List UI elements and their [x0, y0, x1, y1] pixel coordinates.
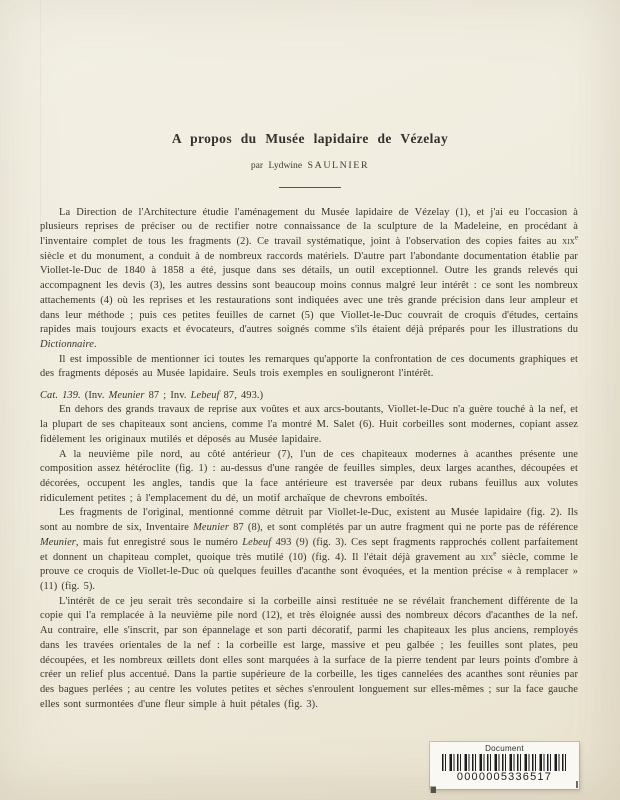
article-body: La Direction de l'Architecture étudie l'… — [40, 206, 578, 713]
remarks-paragraph: Il est impossible de mentionner ici tout… — [40, 353, 578, 382]
page-fold-line — [40, 0, 41, 230]
registration-mark-left — [430, 786, 436, 793]
article-byline: par Lydwine SAULNIER — [0, 160, 620, 171]
barcode-number: 0000005336517 — [430, 771, 579, 783]
registration-mark-right — [576, 781, 578, 788]
library-barcode-label: Document 0000005336517 — [430, 742, 579, 789]
barcode-stripes-icon — [442, 754, 568, 771]
intro-paragraph: La Direction de l'Architecture étudie l'… — [40, 206, 578, 353]
author-given-name: Lydwine — [269, 160, 303, 171]
fragments-paragraph: Les fragments de l'original, mentionné c… — [40, 506, 578, 594]
author-family-name: SAULNIER — [308, 160, 370, 171]
basket-interest-paragraph: L'intérêt de ce jeu serait très secondai… — [40, 595, 578, 713]
barcode-label-title: Document — [430, 744, 579, 753]
scanned-page: A propos du Musée lapidaire de Vézelay p… — [0, 0, 620, 800]
catalogue-reference-line: Cat. 139. (Inv. Meunier 87 ; Inv. Lebeuf… — [40, 389, 578, 404]
nave-capitals-paragraph: En dehors des grands travaux de reprise … — [40, 403, 578, 447]
byline-prefix: par — [251, 160, 263, 171]
ninth-pier-paragraph: A la neuvième pile nord, au côté antérie… — [40, 448, 578, 507]
title-divider-rule — [279, 187, 341, 188]
article-title: A propos du Musée lapidaire de Vézelay — [0, 131, 620, 147]
